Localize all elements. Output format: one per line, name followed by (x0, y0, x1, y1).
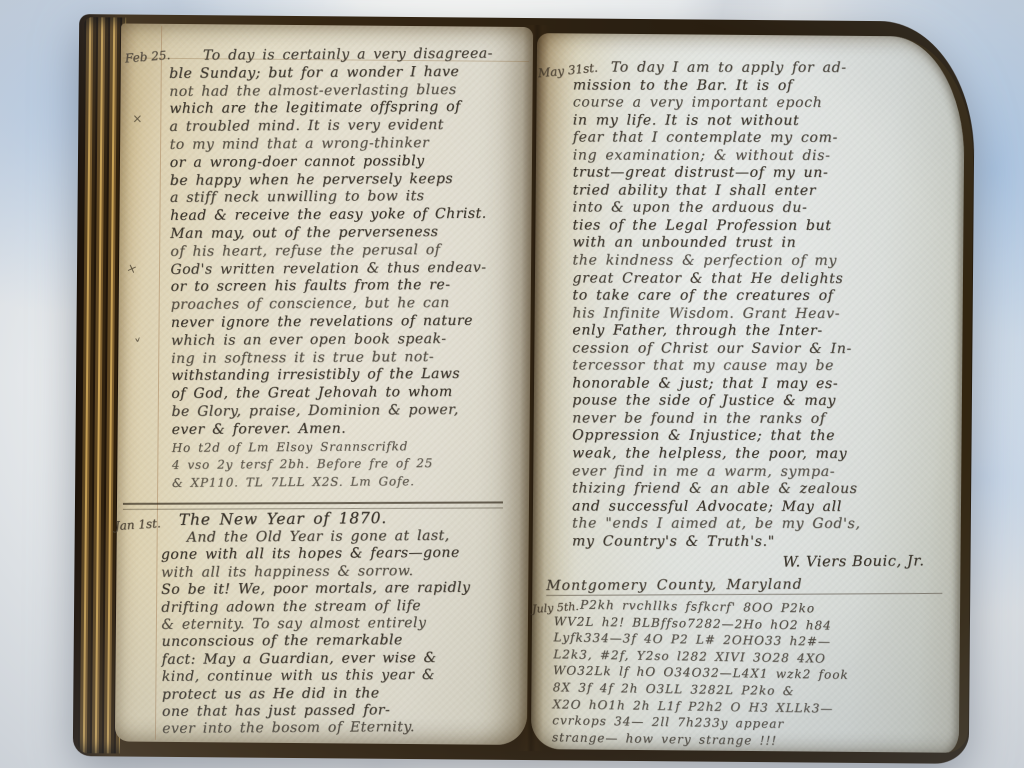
handwriting-line: into & upon the arduous du- (573, 200, 933, 218)
handwriting-line: with all its happiness & sorrow. (161, 562, 517, 582)
handwriting-line: God's written revelation & thus endeav- (170, 259, 522, 279)
handwriting-line: a stiff neck unwilling to bow its (170, 188, 522, 208)
handwriting-line: pouse the side of Justice & may (572, 393, 932, 411)
handwriting-line: mission to the Bar. It is of (573, 77, 933, 95)
margin-mark: × (125, 260, 139, 277)
entry-july5-cipher-text: P2kh rvchllks fsfkcrf' 8OO P2koWV2L h2! … (552, 596, 944, 751)
entry-jan1-text: And the Old Year is gone at last,gone wi… (161, 527, 518, 738)
handwriting-line: cession of Christ our Savior & In- (572, 340, 932, 358)
handwriting-line: kind, continue with us this year & (162, 667, 518, 687)
handwriting-line: To day I am to apply for ad- (573, 59, 933, 77)
handwriting-line: the "ends I aimed at, be my God's, (572, 516, 932, 534)
photo-open-diary: { "colors": { "paper_left": "#ddd3b6", "… (0, 0, 1024, 768)
place-line: Montgomery County, Maryland (546, 576, 942, 596)
handwriting-line: fear that I contemplate my com- (573, 130, 933, 148)
handwriting-line: enly Father, through the Inter- (572, 323, 932, 341)
handwriting-line: with an unbounded trust in (573, 235, 933, 253)
handwriting-line: in my life. It is not without (573, 112, 933, 130)
entry-title-new-year: The New Year of 1870. (179, 509, 387, 529)
handwriting-line: & eternity. To say almost entirely (161, 614, 517, 634)
handwriting-line: to take care of the creatures of (572, 288, 932, 306)
handwriting-line: not had the almost-everlasting blues (169, 81, 521, 101)
handwriting-line: his Infinite Wisdom. Grant Heav- (572, 305, 932, 323)
handwriting-line: proaches of conscience, but he can (171, 295, 523, 315)
handwriting-line: ties of the Legal Profession but (573, 217, 933, 235)
entry-may31-text: To day I am to apply for ad-mission to t… (572, 59, 933, 551)
diary-book: × × ˬ Feb 25. To day is certainly a very… (73, 14, 975, 764)
handwriting-line: tried ability that I shall enter (573, 182, 933, 200)
handwriting-line: And the Old Year is gone at last, (161, 527, 517, 547)
left-page: × × ˬ Feb 25. To day is certainly a very… (115, 23, 533, 745)
handwriting-line: Oppression & Injustice; that the (572, 428, 932, 446)
right-page: May 31st. To day I am to apply for ad-mi… (531, 33, 974, 753)
entry-date-jan1: Jan 1st. (114, 516, 161, 533)
handwriting-line: ever into the bosom of Eternity. (162, 719, 518, 739)
handwriting-line: tercessor that my cause may be (572, 358, 932, 376)
handwriting-line: trust—great distrust—of my un- (573, 165, 933, 183)
entry-feb25-text: To day is certainly a very disagreea-ble… (169, 45, 524, 492)
margin-mark: × (132, 112, 142, 126)
handwriting-line: great Creator & that He delights (572, 270, 932, 288)
handwriting-line: thizing friend & an able & zealous (572, 481, 932, 499)
handwriting-line: and successful Advocate; May all (572, 498, 932, 516)
signature: W. Viers Bouic, Jr. (672, 553, 924, 571)
handwriting-line: ever find in me a warm, sympa- (572, 463, 932, 481)
handwriting-line: & XP110. TL 7LLL X2S. Lm Gofe. (172, 473, 524, 493)
handwriting-line: to my mind that a wrong-thinker (170, 134, 522, 154)
handwriting-line: be Glory, praise, Dominion & power, (171, 401, 523, 421)
handwriting-line: course a very important epoch (573, 95, 933, 113)
handwriting-line: my Country's & Truth's." (572, 533, 932, 551)
handwriting-line: weak, the helpless, the poor, may (572, 445, 932, 463)
handwriting-line: the kindness & perfection of my (573, 252, 933, 270)
handwriting-line: ing examination; & without dis- (573, 147, 933, 165)
handwriting-line: ing in softness it is true but not- (171, 348, 523, 368)
handwriting-line: To day is certainly a very disagreea- (169, 45, 521, 65)
margin-mark: ˬ (130, 323, 142, 342)
entry-date-feb25: Feb 25. (124, 48, 170, 66)
handwriting-line: never be found in the ranks of (572, 410, 932, 428)
handwriting-line: head & receive the easy yoke of Christ. (170, 206, 522, 226)
entry-divider-rule (123, 501, 503, 509)
handwriting-line: honorable & just; that I may es- (572, 375, 932, 393)
